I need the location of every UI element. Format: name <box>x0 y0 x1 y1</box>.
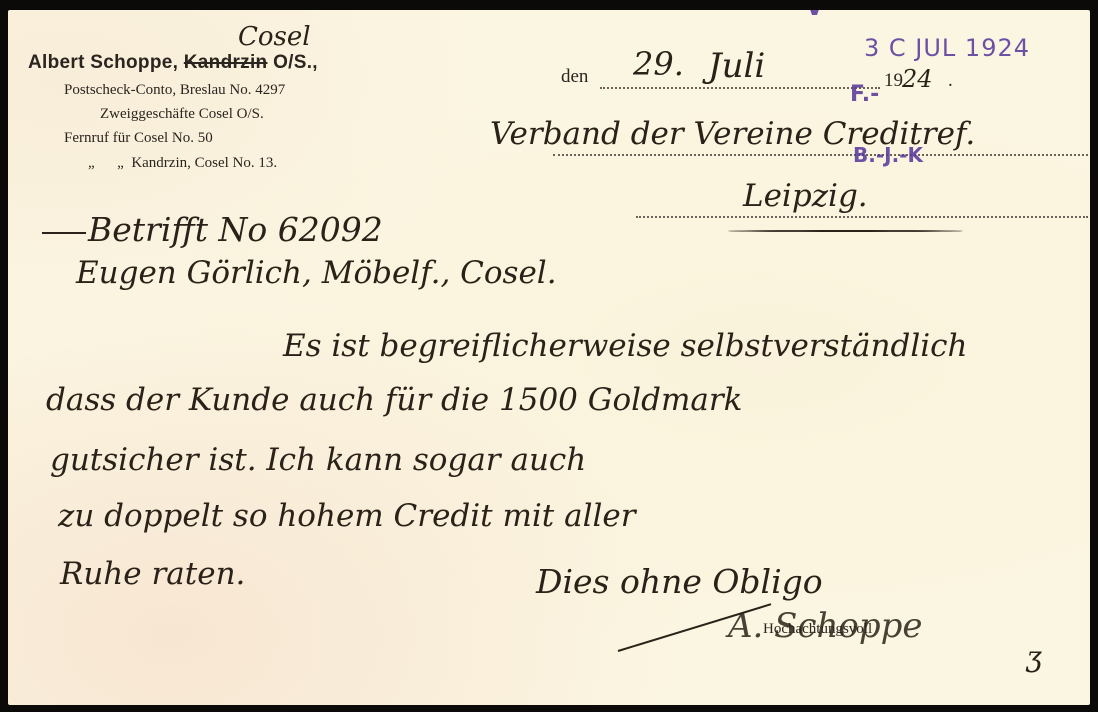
place-correction: Cosel <box>238 22 311 52</box>
signature-flourish: ʒ <box>1026 640 1042 673</box>
body-line-3: gutsicher ist. Ich kann sogar auch <box>50 442 586 478</box>
reference-subject: Betrifft No 62092 <box>88 210 383 249</box>
reference-party: Eugen Görlich, Möbelf., Cosel. <box>76 255 557 291</box>
addressee-underline <box>728 230 963 232</box>
sender-region: O/S., <box>273 52 318 73</box>
signature: A. Schoppe <box>728 606 923 646</box>
stamp-top-fragment: V <box>806 10 823 21</box>
body-line-2: dass der Kunde auch für die 1500 Goldmar… <box>46 382 742 418</box>
date-year-written: 24 <box>902 65 933 93</box>
date-suffix: . <box>948 70 953 92</box>
letterhead-name-line: Albert Schoppe, Kandrzin O/S., <box>28 52 318 74</box>
body-line-5: Ruhe raten. <box>60 556 245 592</box>
letterhead-line-postscheck: Postscheck-Conto, Breslau No. 4297 <box>64 82 285 99</box>
body-line-4: zu doppelt so hohem Credit mit aller <box>58 498 636 534</box>
date-prefix: den <box>561 66 588 88</box>
date-month: Juli <box>708 46 765 86</box>
reference-dash <box>42 232 86 234</box>
date-dotted-line <box>600 87 880 89</box>
addressee-dotted-line2 <box>636 216 1088 218</box>
stamp-mark-f: F.- <box>850 82 879 107</box>
sender-place-struck: Kandrzin <box>184 52 268 73</box>
date-year-printed: 19 <box>884 70 903 92</box>
stamp-received-date: 3 C JUL 1924 <box>864 34 1030 62</box>
body-line-1: Es ist begreiflicherweise selbstverständ… <box>283 328 968 364</box>
addressee-dotted-line1 <box>553 154 1088 156</box>
date-day: 29. <box>633 45 684 83</box>
closing-note: Dies ohne Obligo <box>536 562 823 601</box>
letterhead-line-phone-cosel: Fernruf für Cosel No. 50 <box>64 130 213 147</box>
addressee-line2: Leipzig. <box>743 178 868 214</box>
stamp-mark-bj: B.-J.-K <box>853 143 923 167</box>
letterhead-line-phone-kandrzin: „ „ Kandrzin, Cosel No. 13. <box>88 155 277 172</box>
postcard: Albert Schoppe, Kandrzin O/S., Cosel Pos… <box>8 10 1090 705</box>
letterhead-line-branches: Zweiggeschäfte Cosel O/S. <box>100 106 264 123</box>
sender-name: Albert Schoppe, <box>28 52 178 73</box>
